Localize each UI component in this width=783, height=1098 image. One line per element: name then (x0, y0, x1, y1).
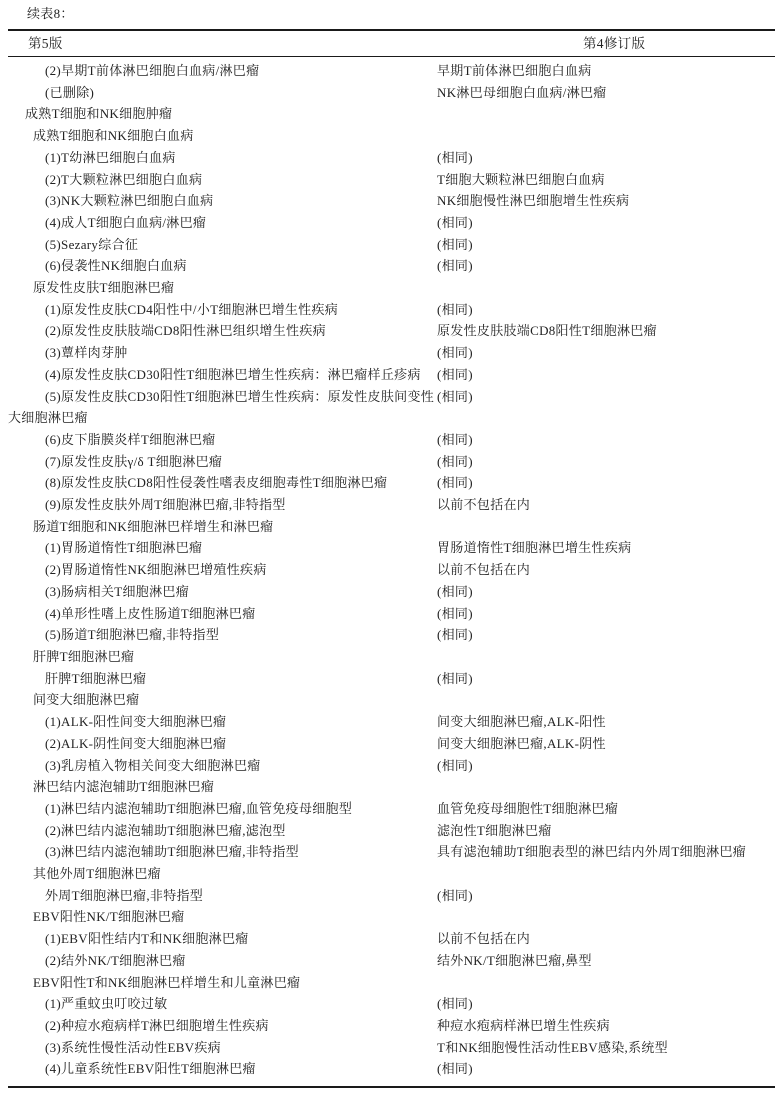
entry-5th-edition: (1)EBV阳性结内T和NK细胞淋巴瘤 (8, 928, 437, 950)
table-row: 成熟T细胞和NK细胞肿瘤 (8, 103, 775, 125)
table-row: (已删除)NK淋巴母细胞白血病/淋巴瘤 (8, 82, 775, 104)
entry-5th-edition: 肝脾T细胞淋巴瘤 (8, 646, 437, 668)
entry-5th-edition: (3)NK大颗粒淋巴细胞白血病 (8, 190, 437, 212)
table-row: EBV阳性T和NK细胞淋巴样增生和儿童淋巴瘤 (8, 972, 775, 994)
table-row: 间变大细胞淋巴瘤 (8, 689, 775, 711)
table-row: 成熟T细胞和NK细胞白血病 (8, 125, 775, 147)
entry-5th-edition: (2)ALK-阴性间变大细胞淋巴瘤 (8, 733, 437, 755)
entry-4th-revised-edition (437, 103, 775, 125)
table-body: (2)早期T前体淋巴细胞白血病/淋巴瘤早期T前体淋巴细胞白血病(已删除)NK淋巴… (8, 57, 775, 1086)
table-row: (5)Sezary综合征(相同) (8, 234, 775, 256)
entry-5th-edition: (7)原发性皮肤γ/δ T细胞淋巴瘤 (8, 451, 437, 473)
table-row: (1)EBV阳性结内T和NK细胞淋巴瘤以前不包括在内 (8, 928, 775, 950)
entry-5th-edition: (3)肠病相关T细胞淋巴瘤 (8, 581, 437, 603)
entry-4th-revised-edition (437, 125, 775, 147)
entry-4th-revised-edition (437, 277, 775, 299)
entry-4th-revised-edition: (相同) (437, 668, 775, 690)
entry-5th-edition: (3)蕈样肉芽肿 (8, 342, 437, 364)
entry-5th-edition: (1)T幼淋巴细胞白血病 (8, 147, 437, 169)
entry-4th-revised-edition: (相同) (437, 299, 775, 321)
entry-5th-edition: (已删除) (8, 82, 437, 104)
entry-4th-revised-edition: 原发性皮肤肢端CD8阳性T细胞淋巴瘤 (437, 320, 775, 342)
entry-5th-edition: EBV阳性T和NK细胞淋巴样增生和儿童淋巴瘤 (8, 972, 437, 994)
entry-5th-edition: (1)严重蚊虫叮咬过敏 (8, 993, 437, 1015)
entry-5th-edition: (2)早期T前体淋巴细胞白血病/淋巴瘤 (8, 60, 437, 82)
entry-5th-edition: (5)原发性皮肤CD30阳性T细胞淋巴增生性疾病：原发性皮肤间变性大细胞淋巴瘤 (8, 386, 437, 429)
entry-4th-revised-edition: 血管免疫母细胞性T细胞淋巴瘤 (437, 798, 775, 820)
entry-4th-revised-edition (437, 646, 775, 668)
entry-5th-edition: (6)侵袭性NK细胞白血病 (8, 255, 437, 277)
entry-5th-edition: 肝脾T细胞淋巴瘤 (8, 668, 437, 690)
entry-5th-edition: 成熟T细胞和NK细胞肿瘤 (8, 103, 437, 125)
table-row: (8)原发性皮肤CD8阳性侵袭性嗜表皮细胞毒性T细胞淋巴瘤(相同) (8, 472, 775, 494)
table-row: (2)胃肠道惰性NK细胞淋巴增殖性疾病以前不包括在内 (8, 559, 775, 581)
entry-5th-edition: (2)T大颗粒淋巴细胞白血病 (8, 169, 437, 191)
entry-5th-edition: (1)淋巴结内滤泡辅助T细胞淋巴瘤,血管免疫母细胞型 (8, 798, 437, 820)
table-row: 原发性皮肤T细胞淋巴瘤 (8, 277, 775, 299)
entry-4th-revised-edition: (相同) (437, 234, 775, 256)
entry-5th-edition: 淋巴结内滤泡辅助T细胞淋巴瘤 (8, 776, 437, 798)
entry-4th-revised-edition: (相同) (437, 386, 775, 429)
entry-4th-revised-edition: 间变大细胞淋巴瘤,ALK-阳性 (437, 711, 775, 733)
entry-4th-revised-edition (437, 906, 775, 928)
entry-5th-edition: 间变大细胞淋巴瘤 (8, 689, 437, 711)
table-row: (9)原发性皮肤外周T细胞淋巴瘤,非特指型以前不包括在内 (8, 494, 775, 516)
entry-5th-edition: (9)原发性皮肤外周T细胞淋巴瘤,非特指型 (8, 494, 437, 516)
table-row: 肠道T细胞和NK细胞淋巴样增生和淋巴瘤 (8, 516, 775, 538)
table-row: (1)原发性皮肤CD4阳性中/小T细胞淋巴增生性疾病(相同) (8, 299, 775, 321)
table-row: EBV阳性NK/T细胞淋巴瘤 (8, 906, 775, 928)
entry-5th-edition: (1)ALK-阳性间变大细胞淋巴瘤 (8, 711, 437, 733)
entry-4th-revised-edition: 间变大细胞淋巴瘤,ALK-阴性 (437, 733, 775, 755)
table-row: (2)种痘水疱病样T淋巴细胞增生性疾病种痘水疱病样淋巴增生性疾病 (8, 1015, 775, 1037)
table-row: (1)ALK-阳性间变大细胞淋巴瘤间变大细胞淋巴瘤,ALK-阳性 (8, 711, 775, 733)
entry-4th-revised-edition: 以前不包括在内 (437, 928, 775, 950)
entry-4th-revised-edition: (相同) (437, 364, 775, 386)
entry-4th-revised-edition: (相同) (437, 147, 775, 169)
entry-4th-revised-edition: 结外NK/T细胞淋巴瘤,鼻型 (437, 950, 775, 972)
table-row: (4)单形性嗜上皮性肠道T细胞淋巴瘤(相同) (8, 603, 775, 625)
table-row: (2)结外NK/T细胞淋巴瘤结外NK/T细胞淋巴瘤,鼻型 (8, 950, 775, 972)
entry-5th-edition: 成熟T细胞和NK细胞白血病 (8, 125, 437, 147)
entry-4th-revised-edition: (相同) (437, 885, 775, 907)
edition-comparison-table: 第5版 第4修订版 (2)早期T前体淋巴细胞白血病/淋巴瘤早期T前体淋巴细胞白血… (8, 29, 775, 1088)
entry-4th-revised-edition: (相同) (437, 472, 775, 494)
table-row: (3)乳房植入物相关间变大细胞淋巴瘤(相同) (8, 755, 775, 777)
entry-4th-revised-edition: (相同) (437, 429, 775, 451)
table-row: (3)蕈样肉芽肿(相同) (8, 342, 775, 364)
entry-4th-revised-edition: (相同) (437, 581, 775, 603)
table-header-row: 第5版 第4修订版 (8, 31, 775, 57)
entry-5th-edition: (8)原发性皮肤CD8阳性侵袭性嗜表皮细胞毒性T细胞淋巴瘤 (8, 472, 437, 494)
table-row: 肝脾T细胞淋巴瘤(相同) (8, 668, 775, 690)
entry-5th-edition: (3)乳房植入物相关间变大细胞淋巴瘤 (8, 755, 437, 777)
entry-4th-revised-edition: (相同) (437, 212, 775, 234)
entry-4th-revised-edition (437, 863, 775, 885)
entry-4th-revised-edition: (相同) (437, 342, 775, 364)
table-row: (2)淋巴结内滤泡辅助T细胞淋巴瘤,滤泡型滤泡性T细胞淋巴瘤 (8, 820, 775, 842)
entry-5th-edition: (6)皮下脂膜炎样T细胞淋巴瘤 (8, 429, 437, 451)
table-row: (1)淋巴结内滤泡辅助T细胞淋巴瘤,血管免疫母细胞型血管免疫母细胞性T细胞淋巴瘤 (8, 798, 775, 820)
entry-4th-revised-edition: 以前不包括在内 (437, 559, 775, 581)
table-row: (3)淋巴结内滤泡辅助T细胞淋巴瘤,非特指型具有滤泡辅助T细胞表型的淋巴结内外周… (8, 841, 775, 863)
entry-4th-revised-edition: (相同) (437, 603, 775, 625)
entry-5th-edition: (5)Sezary综合征 (8, 234, 437, 256)
entry-5th-edition: (4)原发性皮肤CD30阳性T细胞淋巴增生性疾病：淋巴瘤样丘疹病 (8, 364, 437, 386)
table-row: (2)原发性皮肤肢端CD8阳性淋巴组织增生性疾病原发性皮肤肢端CD8阳性T细胞淋… (8, 320, 775, 342)
table-row: (1)胃肠道惰性T细胞淋巴瘤胃肠道惰性T细胞淋巴增生性疾病 (8, 537, 775, 559)
table-row: (1)严重蚊虫叮咬过敏(相同) (8, 993, 775, 1015)
table-row: (7)原发性皮肤γ/δ T细胞淋巴瘤(相同) (8, 451, 775, 473)
entry-5th-edition: 其他外周T细胞淋巴瘤 (8, 863, 437, 885)
entry-4th-revised-edition (437, 516, 775, 538)
entry-5th-edition: 外周T细胞淋巴瘤,非特指型 (8, 885, 437, 907)
entry-4th-revised-edition (437, 776, 775, 798)
entry-5th-edition: 原发性皮肤T细胞淋巴瘤 (8, 277, 437, 299)
table-row: (2)ALK-阴性间变大细胞淋巴瘤间变大细胞淋巴瘤,ALK-阴性 (8, 733, 775, 755)
table-row: 肝脾T细胞淋巴瘤 (8, 646, 775, 668)
entry-5th-edition: 肠道T细胞和NK细胞淋巴样增生和淋巴瘤 (8, 516, 437, 538)
table-row: (6)皮下脂膜炎样T细胞淋巴瘤(相同) (8, 429, 775, 451)
entry-4th-revised-edition: 胃肠道惰性T细胞淋巴增生性疾病 (437, 537, 775, 559)
entry-4th-revised-edition: 种痘水疱病样淋巴增生性疾病 (437, 1015, 775, 1037)
table-row: (2)T大颗粒淋巴细胞白血病T细胞大颗粒淋巴细胞白血病 (8, 169, 775, 191)
table-row: (4)成人T细胞白血病/淋巴瘤(相同) (8, 212, 775, 234)
entry-5th-edition: (2)原发性皮肤肢端CD8阳性淋巴组织增生性疾病 (8, 320, 437, 342)
table-continuation-label: 续表8： (27, 3, 74, 22)
column-header-5th-edition: 第5版 (28, 31, 63, 57)
table-row: (4)儿童系统性EBV阳性T细胞淋巴瘤(相同) (8, 1058, 775, 1080)
table-row: (2)早期T前体淋巴细胞白血病/淋巴瘤早期T前体淋巴细胞白血病 (8, 60, 775, 82)
entry-4th-revised-edition: 早期T前体淋巴细胞白血病 (437, 60, 775, 82)
entry-4th-revised-edition: 滤泡性T细胞淋巴瘤 (437, 820, 775, 842)
entry-4th-revised-edition: NK细胞慢性淋巴细胞增生性疾病 (437, 190, 775, 212)
entry-4th-revised-edition: (相同) (437, 993, 775, 1015)
entry-4th-revised-edition: (相同) (437, 755, 775, 777)
entry-4th-revised-edition: NK淋巴母细胞白血病/淋巴瘤 (437, 82, 775, 104)
entry-4th-revised-edition: T细胞大颗粒淋巴细胞白血病 (437, 169, 775, 191)
document-page: 续表8： 第5版 第4修订版 (2)早期T前体淋巴细胞白血病/淋巴瘤早期T前体淋… (0, 0, 783, 1098)
entry-4th-revised-edition: 以前不包括在内 (437, 494, 775, 516)
entry-5th-edition: (3)淋巴结内滤泡辅助T细胞淋巴瘤,非特指型 (8, 841, 437, 863)
entry-5th-edition: (4)单形性嗜上皮性肠道T细胞淋巴瘤 (8, 603, 437, 625)
entry-4th-revised-edition: (相同) (437, 255, 775, 277)
entry-5th-edition: EBV阳性NK/T细胞淋巴瘤 (8, 906, 437, 928)
table-row: (1)T幼淋巴细胞白血病(相同) (8, 147, 775, 169)
entry-5th-edition: (5)肠道T细胞淋巴瘤,非特指型 (8, 624, 437, 646)
entry-5th-edition: (4)成人T细胞白血病/淋巴瘤 (8, 212, 437, 234)
entry-5th-edition: (2)种痘水疱病样T淋巴细胞增生性疾病 (8, 1015, 437, 1037)
entry-4th-revised-edition (437, 972, 775, 994)
entry-4th-revised-edition (437, 689, 775, 711)
table-row: 外周T细胞淋巴瘤,非特指型(相同) (8, 885, 775, 907)
entry-5th-edition: (2)结外NK/T细胞淋巴瘤 (8, 950, 437, 972)
entry-5th-edition: (1)胃肠道惰性T细胞淋巴瘤 (8, 537, 437, 559)
entry-4th-revised-edition: (相同) (437, 624, 775, 646)
table-row: 其他外周T细胞淋巴瘤 (8, 863, 775, 885)
table-row: (5)原发性皮肤CD30阳性T细胞淋巴增生性疾病：原发性皮肤间变性大细胞淋巴瘤(… (8, 386, 775, 429)
entry-5th-edition: (4)儿童系统性EBV阳性T细胞淋巴瘤 (8, 1058, 437, 1080)
entry-4th-revised-edition: (相同) (437, 1058, 775, 1080)
entry-5th-edition: (2)淋巴结内滤泡辅助T细胞淋巴瘤,滤泡型 (8, 820, 437, 842)
table-row: (3)肠病相关T细胞淋巴瘤(相同) (8, 581, 775, 603)
table-row: (3)NK大颗粒淋巴细胞白血病NK细胞慢性淋巴细胞增生性疾病 (8, 190, 775, 212)
entry-4th-revised-edition: T和NK细胞慢性活动性EBV感染,系统型 (437, 1037, 775, 1059)
table-row: (3)系统性慢性活动性EBV疾病T和NK细胞慢性活动性EBV感染,系统型 (8, 1037, 775, 1059)
entry-4th-revised-edition: 具有滤泡辅助T细胞表型的淋巴结内外周T细胞淋巴瘤 (437, 841, 775, 863)
entry-5th-edition: (3)系统性慢性活动性EBV疾病 (8, 1037, 437, 1059)
table-row: 淋巴结内滤泡辅助T细胞淋巴瘤 (8, 776, 775, 798)
entry-5th-edition: (2)胃肠道惰性NK细胞淋巴增殖性疾病 (8, 559, 437, 581)
entry-5th-edition: (1)原发性皮肤CD4阳性中/小T细胞淋巴增生性疾病 (8, 299, 437, 321)
entry-4th-revised-edition: (相同) (437, 451, 775, 473)
table-row: (5)肠道T细胞淋巴瘤,非特指型(相同) (8, 624, 775, 646)
column-header-4th-revised-edition: 第4修订版 (583, 31, 645, 57)
table-row: (4)原发性皮肤CD30阳性T细胞淋巴增生性疾病：淋巴瘤样丘疹病(相同) (8, 364, 775, 386)
table-row: (6)侵袭性NK细胞白血病(相同) (8, 255, 775, 277)
